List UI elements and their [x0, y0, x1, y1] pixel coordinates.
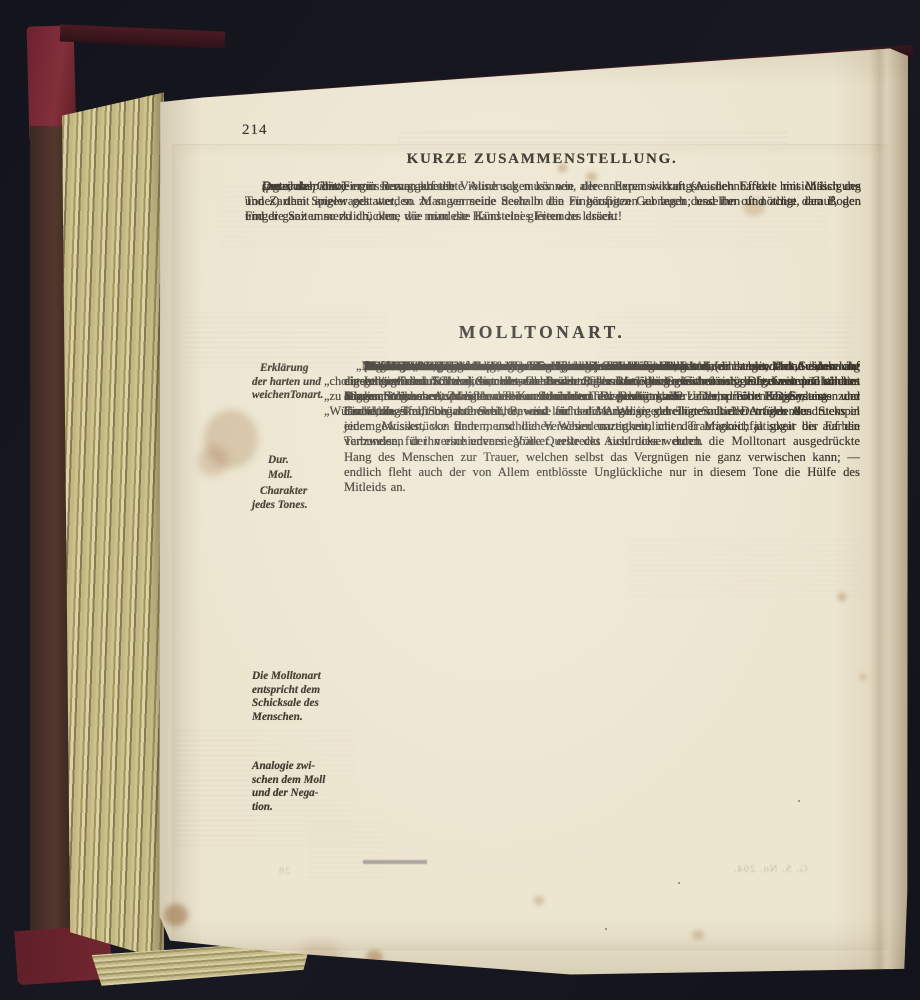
section1-heading: KURZE ZUSAMMENSTELLUNG. — [224, 151, 860, 168]
text-segment: ; was aber hätte er in Bezug auf die Vio… — [245, 179, 861, 224]
stain — [860, 674, 866, 680]
text-line: tion. — [252, 801, 370, 815]
book-cover-top-edge — [60, 24, 226, 48]
text-line: Die Molltonart — [252, 670, 370, 684]
text-line: entspricht dem — [252, 684, 370, 698]
text-line: jedes Tones. — [252, 499, 370, 513]
text-segment: . Dieses Intervall, welches die Idee ein… — [344, 359, 860, 495]
body-column: Man hat bereits erfahren, dass die Tonar… — [324, 359, 860, 419]
stain — [164, 904, 188, 926]
text-line: und der Nega- — [252, 787, 370, 801]
margin-note: Die Molltonartentspricht demSchicksale d… — [252, 670, 370, 724]
text-line: Menschen. — [252, 711, 370, 725]
book-page: 28 G. S. No. 204. 214 KURZE ZUSAMMENSTEL… — [158, 40, 908, 982]
text-segment: mit folgenden Worten spricht: — [344, 359, 519, 374]
text-line: Schicksale des — [252, 697, 370, 711]
showthrough-staff — [398, 132, 788, 146]
margin-note: Analogie zwi-schen dem Mollund der Nega-… — [252, 760, 370, 814]
section2-body: Erklärungder harten undweichenTonart. Du… — [224, 359, 860, 939]
section2-heading: MOLLTONART. — [224, 322, 860, 343]
stain — [366, 950, 383, 965]
text-line: schen dem Moll — [252, 774, 370, 788]
scanned-book-photo: 28 G. S. No. 204. 214 KURZE ZUSAMMENSTEL… — [0, 0, 920, 1000]
page-number: 214 — [242, 122, 268, 139]
page-edges-stack — [62, 46, 164, 974]
text-line: Analogie zwi- — [252, 760, 370, 774]
